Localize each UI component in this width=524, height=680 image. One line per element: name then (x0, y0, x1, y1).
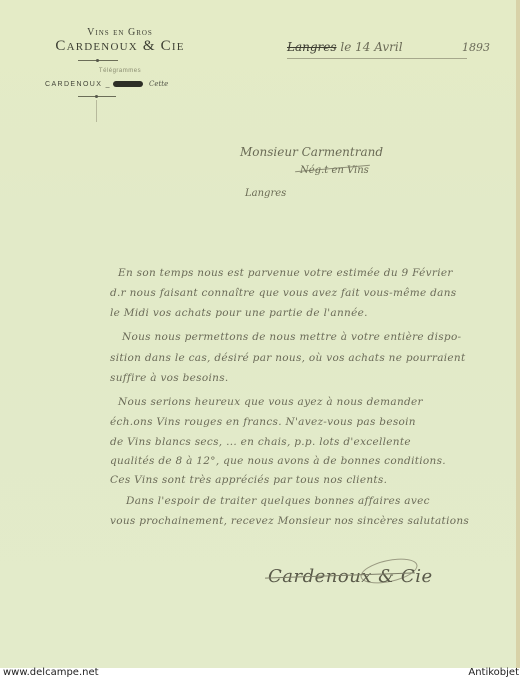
body-line: d.r nous faisant connaître que vous avez… (110, 287, 456, 299)
body-line: qualités de 8 à 12°, que nous avons à de… (110, 455, 446, 467)
letter-date: Langres le 14 Avril (287, 40, 403, 54)
date-day-month: le 14 Avril (340, 40, 402, 54)
body-line: suffire à vos besoins. (110, 372, 229, 384)
recipient-profession: Nég.t en Vins (300, 165, 369, 176)
letterhead-ornament-icon (96, 59, 99, 62)
body-line: Nous nous permettons de nous mettre à vo… (122, 331, 461, 343)
recipient-name: Monsieur Carmentrand (240, 145, 383, 159)
letterhead-telegram-label: Télégrammes (40, 68, 200, 74)
body-line: Nous serions heureux que vous ayez à nou… (118, 396, 423, 408)
ink-blot-redaction (113, 81, 143, 87)
letterhead-trade: Vins en Gros (40, 27, 200, 38)
letterhead-ornament-icon-lower (95, 95, 98, 98)
body-line: En son temps nous est parvenue votre est… (118, 267, 453, 279)
body-line: le Midi vos achats pour une partie de l'… (110, 307, 368, 319)
body-line: éch.ons Vins rouges en francs. N'avez-vo… (110, 416, 416, 428)
date-underline (287, 58, 467, 59)
date-place-struck: Langres (287, 40, 337, 54)
recipient-city: Langres (245, 188, 286, 199)
letterhead-telegram-address: CARDENOUX _Cette (45, 80, 168, 88)
body-line: vous prochainement, recevez Monsieur nos… (110, 515, 469, 527)
body-line: de Vins blancs secs, ... en chais, p.p. … (110, 436, 411, 448)
footer-seller-name: Antikobjet (468, 667, 519, 678)
telegram-address-text: CARDENOUX _ (45, 81, 111, 88)
watermark-footer: www.delcampe.net Antikobjet (0, 668, 524, 680)
telegram-city: Cette (149, 80, 168, 88)
footer-site-link[interactable]: www.delcampe.net (3, 667, 99, 678)
letter-paper: Vins en Gros Cardenoux & Cie Télégrammes… (0, 0, 520, 668)
body-line: Dans l'espoir de traiter quelques bonnes… (126, 495, 430, 507)
body-line: sition dans le cas, désiré par nous, où … (110, 352, 466, 364)
letterhead-stem-line (96, 100, 97, 122)
letterhead-company: Cardenoux & Cie (20, 38, 220, 55)
body-line: Ces Vins sont très appréciés par tous no… (110, 474, 387, 486)
date-year: 1893 (462, 41, 490, 54)
